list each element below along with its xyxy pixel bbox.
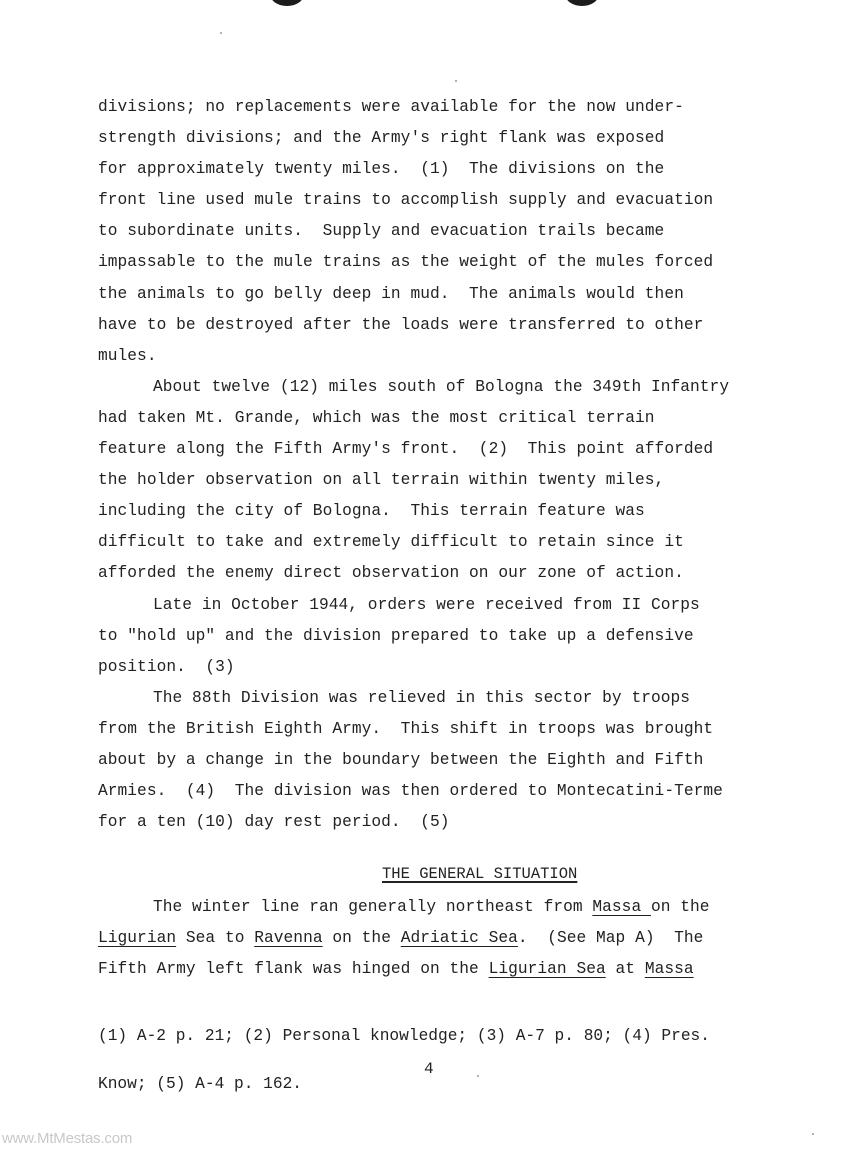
- text-line: Late in October 1944, orders were receiv…: [98, 590, 818, 621]
- footnotes: (1) A-2 p. 21; (2) Personal knowledge; (…: [98, 996, 818, 1108]
- text-line: the animals to go belly deep in mud. The…: [98, 279, 818, 310]
- text-segment: at: [606, 960, 645, 978]
- section-text: The winter line ran generally northeast …: [98, 892, 818, 985]
- text-segment: . (See Map A) The: [518, 929, 704, 947]
- text-line: Fifth Army left flank was hinged on the …: [98, 954, 818, 985]
- text-segment: on the: [323, 929, 401, 947]
- text-line: about by a change in the boundary betwee…: [98, 745, 818, 776]
- section-heading: THE GENERAL SITUATION: [382, 860, 577, 888]
- text-segment: Fifth Army left flank was hinged on the: [98, 960, 489, 978]
- text-line: Ligurian Sea to Ravenna on the Adriatic …: [98, 923, 818, 954]
- binder-hole-left: [270, 0, 304, 6]
- underlined-place-name: Ravenna: [254, 929, 322, 947]
- text-line: front line used mule trains to accomplis…: [98, 185, 818, 216]
- text-line: including the city of Bologna. This terr…: [98, 496, 818, 527]
- text-line: the holder observation on all terrain wi…: [98, 465, 818, 496]
- paper-speck: [455, 80, 457, 82]
- footnote-line: Know; (5) A-4 p. 162.: [98, 1076, 818, 1092]
- text-line: feature along the Fifth Army's front. (2…: [98, 434, 818, 465]
- underlined-place-name: Massa: [592, 898, 651, 916]
- text-segment: on the: [651, 898, 710, 916]
- text-line: strength divisions; and the Army's right…: [98, 123, 818, 154]
- text-line: position. (3): [98, 652, 818, 683]
- text-line: impassable to the mule trains as the wei…: [98, 247, 818, 278]
- watermark: www.MtMestas.com: [2, 1130, 132, 1147]
- underlined-place-name: Ligurian Sea: [489, 960, 606, 978]
- text-segment: The winter line ran generally northeast …: [153, 898, 592, 916]
- text-line: The 88th Division was relieved in this s…: [98, 683, 818, 714]
- text-line: afforded the enemy direct observation on…: [98, 558, 818, 589]
- underlined-place-name: Adriatic Sea: [401, 929, 518, 947]
- text-line: difficult to take and extremely difficul…: [98, 527, 818, 558]
- text-line: for approximately twenty miles. (1) The …: [98, 154, 818, 185]
- text-line: to "hold up" and the division prepared t…: [98, 621, 818, 652]
- text-line: to subordinate units. Supply and evacuat…: [98, 216, 818, 247]
- text-line: About twelve (12) miles south of Bologna…: [98, 372, 818, 403]
- paper-speck: [812, 1133, 814, 1135]
- text-line: divisions; no replacements were availabl…: [98, 92, 818, 123]
- text-line: have to be destroyed after the loads wer…: [98, 310, 818, 341]
- text-line: mules.: [98, 341, 818, 372]
- text-segment: Sea to: [176, 929, 254, 947]
- paper-speck: [220, 32, 222, 34]
- text-line: Armies. (4) The division was then ordere…: [98, 776, 818, 807]
- footnote-line: (1) A-2 p. 21; (2) Personal knowledge; (…: [98, 1028, 818, 1044]
- binder-hole-right: [565, 0, 599, 6]
- text-line: for a ten (10) day rest period. (5): [98, 807, 818, 838]
- underlined-place-name: Massa: [645, 960, 694, 978]
- underlined-place-name: Ligurian: [98, 929, 176, 947]
- page-number: 4: [424, 1060, 434, 1078]
- text-line: from the British Eighth Army. This shift…: [98, 714, 818, 745]
- body-text: divisions; no replacements were availabl…: [98, 92, 818, 838]
- text-line: had taken Mt. Grande, which was the most…: [98, 403, 818, 434]
- text-line: The winter line ran generally northeast …: [98, 892, 818, 923]
- paper-speck: [477, 1075, 479, 1077]
